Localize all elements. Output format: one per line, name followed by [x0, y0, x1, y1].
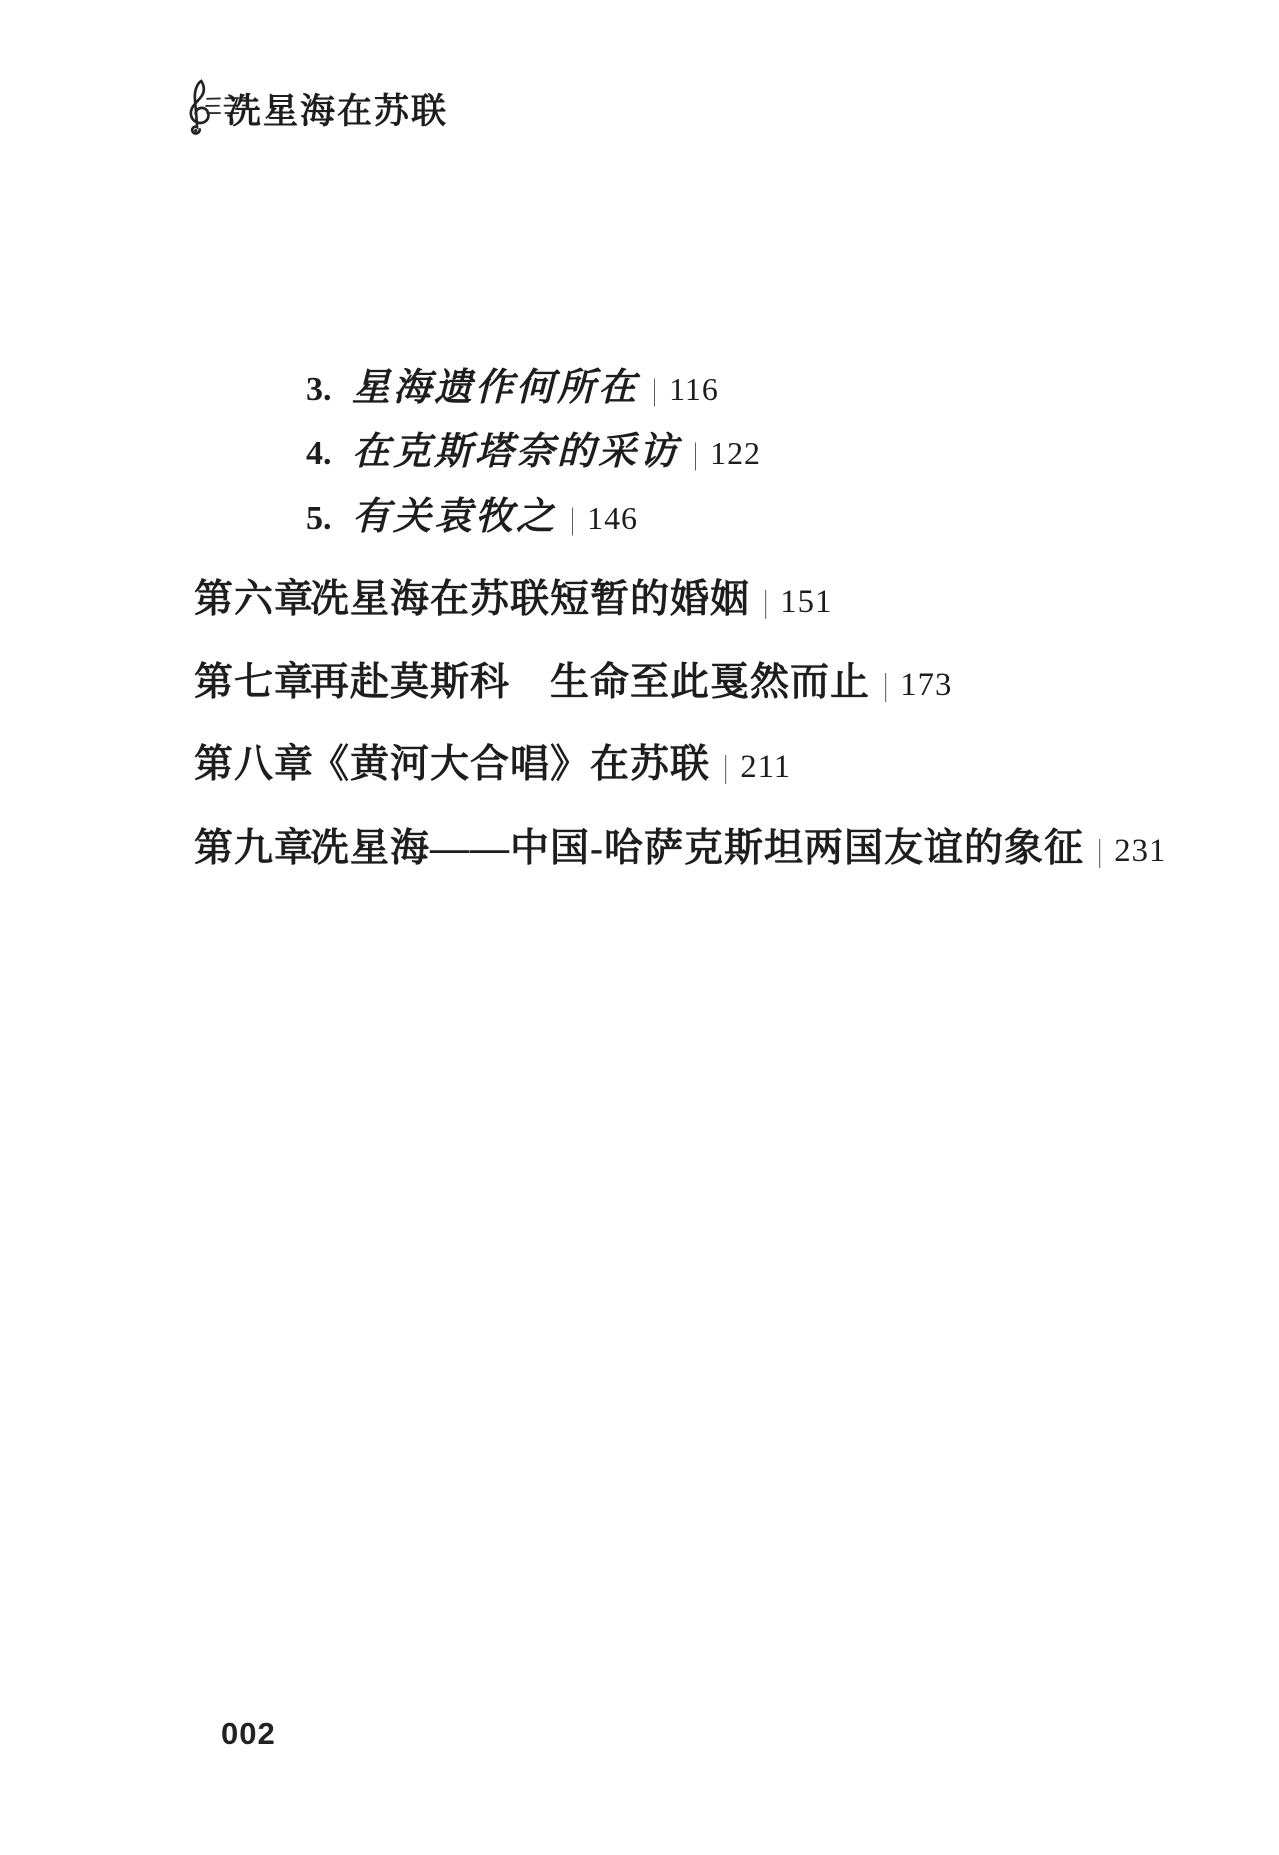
book-page: 冼星海在苏联 3. 星海遗作何所在 | 116 4. 在克斯塔奈的采访 | 12… [0, 0, 1279, 1855]
entry-number: 5. [306, 500, 352, 538]
separator-bar: | [646, 373, 663, 408]
separator-bar: | [717, 749, 734, 785]
entry-title: 在克斯塔奈的采访 [352, 420, 680, 475]
entry-number: 3. [306, 371, 352, 409]
chapter-title: 《黄河大合唱》在苏联 [310, 733, 710, 789]
entry-title: 有关袁牧之 [352, 485, 557, 540]
separator-bar: | [757, 584, 774, 620]
chapter-title: 冼星海在苏联短暂的婚姻 [310, 568, 750, 624]
page-ref: 116 [669, 372, 719, 408]
chapter-label: 第九章 [194, 817, 310, 873]
chapter-title: 冼星海——中国-哈萨克斯坦两国友谊的象征 [310, 817, 1084, 873]
page-ref: 146 [587, 501, 638, 537]
separator-bar: | [687, 437, 704, 472]
separator-bar: | [877, 667, 894, 703]
entry-title: 星海遗作何所在 [352, 356, 639, 411]
toc-chapter-6: 第六章 冼星海在苏联短暂的婚姻 | 151 [194, 568, 832, 624]
toc-entry-3: 3. 星海遗作何所在 | 116 [306, 356, 719, 411]
separator-bar: | [1091, 833, 1108, 869]
page-ref: 122 [710, 436, 761, 472]
page-ref: 231 [1114, 833, 1166, 870]
chapter-label: 第八章 [194, 733, 310, 789]
toc-entry-4: 4. 在克斯塔奈的采访 | 122 [306, 420, 761, 475]
page-ref: 173 [900, 667, 952, 704]
chapter-title: 再赴莫斯科 生命至此戛然而止 [310, 651, 870, 707]
toc-chapter-7: 第七章 再赴莫斯科 生命至此戛然而止 | 173 [194, 651, 952, 707]
book-title: 冼星海在苏联 [226, 84, 448, 134]
separator-bar: | [564, 502, 581, 537]
toc-chapter-9: 第九章 冼星海——中国-哈萨克斯坦两国友谊的象征 | 231 [194, 817, 1166, 873]
running-head: 冼星海在苏联 [186, 78, 448, 140]
page-ref: 151 [780, 584, 832, 621]
entry-number: 4. [306, 435, 352, 473]
folio-page-number: 002 [221, 1716, 276, 1752]
chapter-label: 第七章 [194, 651, 310, 707]
toc-chapter-8: 第八章 《黄河大合唱》在苏联 | 211 [194, 733, 791, 789]
toc-entry-5: 5. 有关袁牧之 | 146 [306, 485, 638, 540]
chapter-label: 第六章 [194, 568, 310, 624]
page-ref: 211 [740, 749, 791, 786]
